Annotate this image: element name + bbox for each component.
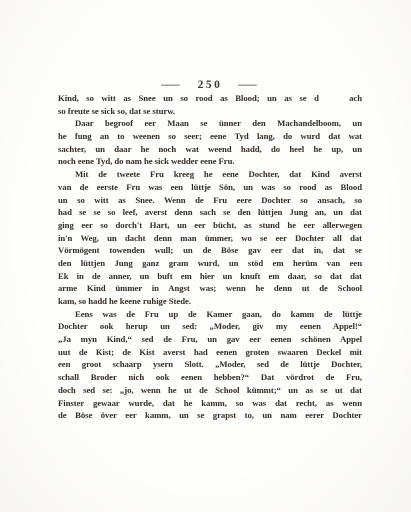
- text-line: een groot schaarp ysern Slott. „Moder, s…: [58, 358, 362, 371]
- text-line: Ek in de anner, un buft em hier un knuft…: [58, 270, 362, 283]
- text-line: un so witt as Snee. Wenn de Fru eere Doc…: [58, 194, 362, 207]
- page-number-dash-left: —: [162, 79, 182, 91]
- text-line: Kind, so witt as Snee un so rood as Bloo…: [58, 92, 362, 105]
- text-line: kam, so hadd he keene ruhige Stede.: [58, 295, 362, 308]
- page-header: — 250 —: [58, 79, 362, 91]
- text-line: van de eerste Fru was een lüttje Sön, un…: [58, 181, 362, 194]
- text-line: Vörmögent towenden wull; un de Böse gav …: [58, 244, 362, 257]
- text-line: Daar begroof eer Maan se ünner den Macha…: [58, 117, 362, 130]
- text-line: den lüttjen Jung ganz gram wurd, un stöd…: [58, 257, 362, 270]
- text-line: Mit de tweete Fru kreeg he eene Dochter,…: [58, 168, 362, 181]
- text-line: noch eene Tyd, do nam he sick wedder een…: [58, 155, 362, 168]
- text-line: Eens was de Fru up de Kamer gaan, do kam…: [58, 308, 362, 321]
- text-line: de Böse över eer kamm, un se grapst to, …: [58, 409, 362, 422]
- text-line: sachter, un daar he noch wat weend hadd,…: [58, 143, 362, 156]
- text-line: arme Kind ümmer in Angst was; wenn he de…: [58, 282, 362, 295]
- text-line: doch sed se: „jo, wenn he ut de School k…: [58, 384, 362, 397]
- text-line: „Ja myn Kind,“ sed de Fru, un gav eer ee…: [58, 333, 362, 346]
- page-number: 250: [198, 79, 223, 91]
- text-block: Kind, so witt as Snee un so rood as Bloo…: [58, 92, 362, 422]
- text-line: in'n Weg, un dacht denn man ümmer, wo se…: [58, 232, 362, 245]
- text-line: schall Broder nich ook eenen hebben?“ Da…: [58, 371, 362, 384]
- text-line: so freute se sick so, dat se sturw.: [58, 105, 362, 118]
- text-line: he fung an to weenen so seer; eene Tyd l…: [58, 130, 362, 143]
- page-number-dash-right: —: [239, 79, 259, 91]
- text-line: had se se so leef, averst denn sach se d…: [58, 206, 362, 219]
- text-line: Finster gewaar wurde, dat he kamm, so wa…: [58, 397, 362, 410]
- text-line: uut de Kist; de Kist averst had eenen gr…: [58, 346, 362, 359]
- book-page: — 250 — Kind, so witt as Snee un so rood…: [0, 0, 411, 512]
- text-line: ging eer so dorch't Hart, un eer bücht, …: [58, 219, 362, 232]
- text-line: Dochter ook herup un sed: „Moder, giv my…: [58, 320, 362, 333]
